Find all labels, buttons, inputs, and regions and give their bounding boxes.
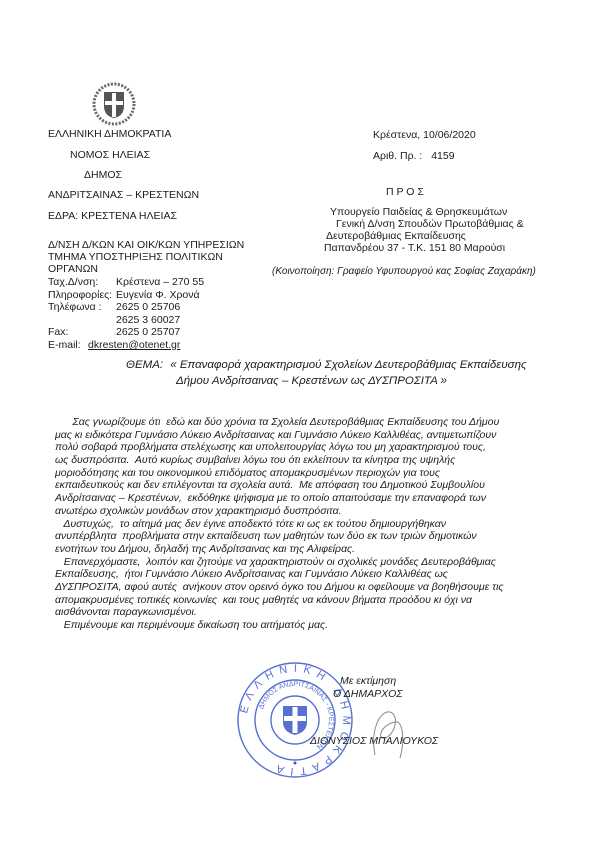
body-line: απομακρυσμένες τοπικές κοινωνίες και του… — [55, 594, 575, 607]
department-line2: ΤΜΗΜΑ ΥΠΟΣΤΗΡΙΞΗΣ ΠΟΛΙΤΙΚΩΝ — [48, 251, 223, 263]
body-line: ως δυσπρόσιτα. Αυτό κυρίως συμβαίνει λόγ… — [55, 454, 575, 467]
closing: Με εκτίμηση — [340, 675, 396, 687]
body-line: Σας γνωρίζουμε ότι εδώ και δύο χρόνια τα… — [55, 416, 575, 429]
department-line3: ΟΡΓΑΝΩΝ — [48, 263, 98, 275]
body-line: αισθάνονται παραγκωνισμένοι. — [55, 606, 575, 619]
subject-line2: Δήμου Ανδρίτσαινας – Κρεστένων ως ΔΥΣΠΡΟ… — [126, 373, 527, 389]
seat: ΕΔΡΑ: ΚΡΕΣΤΕΝΑ ΗΛΕΙΑΣ — [48, 210, 177, 222]
subject: ΘΕΜΑ: « Επαναφορά χαρακτηρισμού Σχολείων… — [126, 357, 527, 389]
subject-line1: « Επαναφορά χαρακτηρισμού Σχολείων Δευτε… — [170, 359, 526, 371]
body-line: Δυστυχώς, το αίτημά μας δεν έγινε αποδεκ… — [55, 518, 575, 531]
greek-coat-of-arms-icon — [92, 82, 136, 126]
protocol-value: 4159 — [431, 150, 454, 162]
municipality-name: ΑΝΔΡΙΤΣΑΙΝΑΣ – ΚΡΕΣΤΕΝΩΝ — [48, 189, 199, 201]
municipal-stamp-icon: ΕΛΛΗΝΙΚΗ ΔΗΜΟΚΡΑΤΙΑ ΔΗΜΟΣ ΑΝΔΡΙΤΣΑΙΝΑΣ -… — [235, 660, 355, 780]
recipient-line1: Υπουργείο Παιδείας & Θρησκευμάτων — [330, 206, 507, 218]
body-line: μας κι ειδικότερα Γυμνάσιο Λύκειο Ανδρίτ… — [55, 429, 575, 442]
body-line: Επιμένουμε και περιμένουμε δικαίωση του … — [55, 619, 575, 632]
body-line: Επανερχόμαστε, λοιπόν και ζητούμε να χαρ… — [55, 556, 575, 569]
email-link[interactable]: dkresten@otenet.gr — [88, 339, 180, 352]
signer-name: ΔΙΟΝΥΣΙΟΣ ΜΠΑΛΙΟΥΚΟΣ — [310, 735, 438, 747]
place-date: Κρέστενα, 10/06/2020 — [373, 129, 476, 141]
prefecture: ΝΟΜΟΣ ΗΛΕΙΑΣ — [70, 149, 150, 161]
body-line: ΔΥΣΠΡΟΣΙΤΑ, αφού αυτές ανήκουν στον ορει… — [55, 581, 575, 594]
body-line: ανυπέρβλητα προβλήματα στην εκπαίδευση τ… — [55, 530, 575, 543]
body-line: πολύ σοβαρά προβλήματα στελέχωσης και υπ… — [55, 441, 575, 454]
subject-label: ΘΕΜΑ: — [126, 359, 163, 371]
signature-scribble-icon — [355, 700, 415, 760]
body-line: μοριοδότησης και του οικονομικού επιδόμα… — [55, 467, 575, 480]
recipient-line2: Γενική Δ/νση Σπουδών Πρωτοβάθμιας & — [336, 218, 524, 230]
body-line: Ανδρίτσαινας – Κρεστένων, εκδόθηκε ψήφισ… — [55, 492, 575, 505]
recipient-line4: Παπανδρέου 37 - Τ.Κ. 151 80 Μαρούσι — [324, 242, 505, 254]
body-line: ενοτήτων του Δήμου, δηλαδή της Ανδρίτσαι… — [55, 543, 575, 556]
body-line: Εκπαίδευσης, ήτοι Γυμνάσιο Λύκειο Ανδρίτ… — [55, 568, 575, 581]
country-name: ΕΛΛΗΝΙΚΗ ΔΗΜΟΚΡΑΤΙΑ — [48, 128, 171, 140]
letter-body: Σας γνωρίζουμε ότι εδώ και δύο χρόνια τα… — [55, 416, 575, 632]
protocol-number: Αριθ. Πρ. : 4159 — [373, 150, 455, 162]
body-line: εκπαιδευτικούς και δεν επιλέγονται τα σχ… — [55, 479, 575, 492]
recipient-heading: Π Ρ Ο Σ — [386, 186, 424, 198]
recipient-line3: Δευτεροβάθμιας Εκπαίδευσης — [326, 230, 466, 242]
body-line: ανωτέρω σχολικών μονάδων στον χαρακτηρισ… — [55, 505, 575, 518]
signer-title: Ο ΔΗΜΑΡΧΟΣ — [333, 688, 403, 700]
department-line1: Δ/ΝΣΗ Δ/ΚΩΝ ΚΑΙ ΟΙΚ/ΚΩΝ ΥΠΗΡΕΣΙΩΝ — [48, 239, 244, 251]
protocol-label: Αριθ. Πρ. : — [373, 150, 422, 162]
cc-line: (Κοινοποίηση: Γραφείο Υφυπουργού κας Σοφ… — [272, 266, 536, 277]
municipality-label: ΔΗΜΟΣ — [84, 169, 122, 181]
